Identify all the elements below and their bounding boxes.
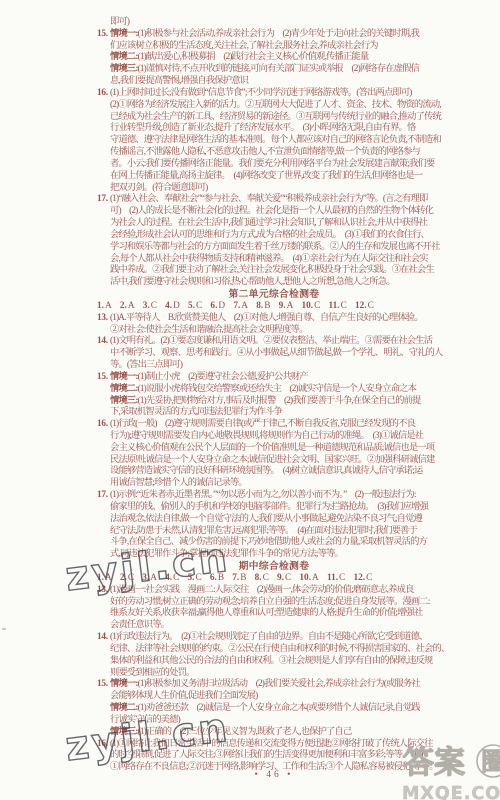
answer-circle-logo: 答案 圈 MXQE.COM: [402, 744, 500, 800]
answer-text-line: 情境二:(1)献出爱心,积极募捐 (2)践行社会主义核心价值观,传播正能量: [97, 52, 451, 64]
scenario-label: 情境二:: [110, 52, 138, 62]
answer-text-line: 会主义核心价值观在公民个人层面的一个价值准则,是一种道德规范和品质;诚信也是一项: [97, 443, 451, 455]
scenario-label: 情境三:: [110, 64, 138, 74]
answer-text-line: 偷家里的钱、偷别人的手机和学校的电脑零部件。犯罪行为:拦路抢劫。 (3)我们应增…: [97, 502, 451, 514]
choice-answer: 4.D: [165, 301, 180, 313]
item-number: 14.: [97, 632, 108, 644]
choice-answers-line: 1.A2.C3.A4.C5.C6.B7.B8.C9.C10.A11.C12.C: [97, 573, 451, 585]
choice-answers-line: 1.A2.A3.C4.D5.C6.D7.A8.B9.A10.C11.C12.C: [97, 301, 451, 313]
answer-text-line: 们应该树立积极的生活态度,关注社会,了解社会,服务社会,养成亲社会行为: [97, 41, 451, 53]
choice-answer: 8.B: [256, 301, 270, 313]
answer-text-line: 法治观念,依法自律,做一个自觉守法的人;我们要从小事做起,避免沾染不良习气;自觉…: [97, 514, 451, 526]
answer-text-line: 17.(1)“融入社会、奉献社会”“参与社会、奉献关爱”“积极养成亲社会行为”等…: [97, 194, 451, 206]
logo-circle-char: 圈: [481, 748, 500, 776]
answer-text-line: 行诚实守信的美德): [97, 715, 451, 727]
logo-brand-text: 答案: [403, 745, 465, 780]
choice-answer: 4.C: [165, 573, 179, 585]
choice-answer: 12.C: [353, 573, 372, 585]
choice-answer: 9.A: [279, 301, 294, 313]
choice-answer: 10.A: [299, 573, 318, 585]
item-number: 15.: [97, 29, 108, 41]
item-number: 16.: [97, 739, 108, 751]
answer-text-line: 的时空限制,促进了人际交往;③网络让我们的生活变得更加便利和丰富多彩;等等。 (…: [97, 750, 451, 762]
answer-text-line: 情境三:(1)谨慎对待,不点开收到的链接,可向有关部门证实或举报 (2)网络存在…: [97, 64, 451, 76]
answer-text-line: 14.(1)行政违法行为。 (2)①社会规则划定了自由的边界。自由不是随心所欲,…: [97, 632, 451, 644]
answer-text-line: 等。(答出三点即可): [97, 360, 451, 372]
answer-text-line: 13.(1)A.平等待人 B.欣赏赞美他人 (2)①对他人:增强自尊、自信,产生…: [97, 313, 451, 325]
answer-text-line: 情境二:(1)说服小虎将钱包交给警察或还给失主 (2)诚实守信是一个人安身立命之…: [97, 384, 451, 396]
item-number: 17.: [97, 194, 108, 206]
answer-text-line: 斗争,在保全自己、减少伤害的前提下,巧妙地借助他人或社会的力量,采取机智灵活的方: [97, 537, 451, 549]
answer-text-line: 纪律、法律等社会规则的约束。②公民在行使自由和权利的时候,不得损害国家的、社会的…: [97, 644, 451, 656]
answers-text-block: 即可)15.情境一:(1)积极参与社会活动,养成亲社会行为 (2)青少年处于走向…: [97, 17, 451, 774]
answer-text-line: 用诚信智慧;珍惜个人的诚信记录等。: [97, 478, 451, 490]
choice-answer: 9.C: [277, 573, 291, 585]
answer-text-line: 可) (2)人的成长是不断社会化的过程。社会化是指一个人从最初的自然的生物个体转…: [97, 206, 451, 218]
answer-text-line: 14.(1)文明有礼。(2)①要态度谦和,用语文明。②要仪表整洁、举止端庄。③需…: [97, 336, 451, 348]
choice-answer: 10.C: [301, 301, 320, 313]
scenario-label: 情境一:: [110, 29, 138, 39]
choice-answer: 12.C: [355, 301, 374, 313]
scenario-label: 情境三:: [110, 727, 138, 737]
item-number: 16.: [97, 419, 108, 431]
answer-text-line: 情境二:(1)劝爸爸还款 (2)诚信是一个人安身立命之本(或要珍惜个人诚信记录,…: [97, 703, 451, 715]
item-number: 13.: [97, 585, 108, 597]
answer-text-line: 学习和娱乐等都与社会的方方面面发生着千丝万缕的联系。②人的生存和发展也离不开社: [97, 242, 451, 254]
answer-text-line: 情境三:(1)正确的 (2)三位少年见义智为,既救了老人,也保护了自己: [97, 727, 451, 739]
answer-text-line: 会经验,形成社会认可的思维和行为方式,成为合格的社会成员。 (3)①我们的衣食住…: [97, 230, 451, 242]
choice-answer: 7.A: [233, 301, 248, 313]
answer-text-line: 为社会人的过程。在社会生活中,我们通过学习社会知识,了解和认识社会,并从中获得社: [97, 218, 451, 230]
item-number: 13.: [97, 313, 108, 325]
answer-text-line: 已经成为社会生产的新工具、经济贸易的新途径。③互联网与传统行业的融合,推动了传统: [97, 112, 451, 124]
choice-answer: 2.C: [120, 573, 134, 585]
choice-answer: 8.C: [255, 573, 269, 585]
choice-answer: 1.A: [97, 573, 112, 585]
answer-text-line: 传播谣言,不泄露他人隐私,不恶意攻击他人,不宣泄负面情绪等,做一个负责的网络参与: [97, 147, 451, 159]
choice-answer: 6.B: [210, 573, 224, 585]
page-number: • 46 •: [97, 770, 451, 780]
answer-text-line: 守道德、遵守法律是网络生活的基本准则。每个人都应该对自己的网络言论负责,不制造和: [97, 135, 451, 147]
answer-text-line: 践中养成。②我们要主动了解社会,关注社会发展变化,积极投身于社会实践。③在社会生: [97, 265, 451, 277]
answer-text-line: 好的劳动习惯;树立正确的劳动观念;培养自立自强的生活态度;促进自身发展等。漫画二…: [97, 597, 451, 609]
choice-answer: 2.A: [120, 301, 135, 313]
answer-text-line: 16.(1)行政(一般) (2)遵守规则需要自律(或严于律己,不断自我反省,克服…: [97, 419, 451, 431]
item-number: 15.: [97, 679, 108, 691]
answer-text-line: 者。小云:我们要传播网络正能量。我们要充分利用网络平台为社会发展建言献策;我们要: [97, 159, 451, 171]
answer-text-line: 15.情境一:(1)积极参与社会活动,养成亲社会行为 (2)青少年处于走向社会的…: [97, 29, 451, 41]
answer-text-line: 集体的利益和其他公民的合法的自由和权利。③社会规则是人们享有自由的保障,违反规: [97, 656, 451, 668]
answer-text-line: 情境三:(1)先妥协,把财物给对方,事后及时报警 (2)我们要善于斗争,在保全自…: [97, 396, 451, 408]
section-header: 期中综合检测卷: [97, 561, 451, 573]
answer-text-line: 行业转型升级,创造了新业态,提升了经济发展水平。 (3)小晖:网络无限,自由有界…: [97, 123, 451, 135]
item-number: 17.: [97, 490, 108, 502]
answer-text-line: 16.(1)①网络让我们日常生活中的信息传递和交流变得方便迅捷;②网络打破了传统…: [97, 739, 451, 751]
answer-text-line: 维系友好关系,收获幸福;赢得他人尊重和认可;塑造健康的人格;提升生命的价值;增强…: [97, 608, 451, 620]
choice-answer: 1.A: [97, 301, 112, 313]
item-number: 15.: [97, 372, 108, 384]
choice-answer: 3.A: [142, 573, 157, 585]
choice-answer: 11.C: [328, 301, 346, 313]
answer-text-line: (2)①网络为经济发展注入新的活力。②互联网大大促进了人才、资金、技术、物资的流…: [97, 100, 451, 112]
answer-text-line: 13.(1)漫画一:社会实践 漫画二:人际交往 (2)漫画一,体会劳动的价值;磨…: [97, 585, 451, 597]
answer-text-line: 行为);遵守规则需要发自内心地敬畏规则,将规则作为自己行动的准绳。 (3)①诚信…: [97, 431, 451, 443]
answer-text-line: 即可): [97, 17, 451, 29]
answer-text-line: 把双刃剑。(符合题意即可): [97, 183, 451, 195]
scenario-label: 情境二:: [110, 703, 138, 713]
scenario-label: 情境二:: [110, 384, 138, 394]
answer-text-line: 16.(1)上网时间过长;没有做到“信息节食”;不少同学沉迷于网络游戏等。(答出…: [97, 88, 451, 100]
answer-text-line: 息,我们要提高警惕,增强自我保护意识: [97, 76, 451, 88]
answer-text-line: 则要受到相应的处罚。: [97, 668, 451, 680]
section-header: 第二单元综合检测卷: [97, 289, 451, 301]
answer-text-line: 在网上传播正能量,高扬主旋律。 (4)网络改变了世界,改变了我们的生活,但网络也…: [97, 171, 451, 183]
choice-answer: 5.C: [188, 301, 202, 313]
scenario-label: 情境一:: [110, 679, 138, 689]
logo-site-text: MXQE.COM: [402, 784, 500, 800]
answer-text-line: 15.情境一:(1)积极参加义务清扫垃圾活动 (2)我们要关爱社会,养成亲社会行…: [97, 679, 451, 691]
answer-text-line: 会责任意识等。: [97, 620, 451, 632]
answer-text-line: 会,每个人都从社会中获得物质支持和精神滋养。 (4)①亲社会行为在人际交往和社会…: [97, 254, 451, 266]
choice-answer: 11.C: [327, 573, 345, 585]
answer-text-line: 民法原则;诚信是一个人安身立命之本;诚信促进社会文明、国家兴旺。②加强科研诚信建: [97, 455, 451, 467]
scenario-label: 情境一:: [110, 372, 138, 382]
item-number: 14.: [97, 336, 108, 348]
answer-text-line: 15.情境一:(1)制止小虎 (2)要遵守社会公德,爱护公共财产: [97, 372, 451, 384]
scan-speck: [2, 628, 6, 630]
scenario-label: 情境三:: [110, 396, 138, 406]
answer-text-line: 会能够体现人生价值,促进我们全面发展): [97, 691, 451, 703]
answer-text-line: 17.(1)示例:“近朱者赤,近墨者黑。”“勿以恶小而为之,勿以善小而不为。” …: [97, 490, 451, 502]
item-number: 16.: [97, 88, 108, 100]
answer-text-line: 设能够营造诚实守信的良好科研环境氛围等。 (4)树立诚信意识,真诚待人,信守承诺…: [97, 466, 451, 478]
answer-text-line: 式,同违法犯罪作斗争;掌握同违法犯罪作斗争的常见方法;等等。: [97, 549, 451, 561]
answer-text-line: ②对社会:使社会生活和谐融洽,提高社会文明程度等。: [97, 325, 451, 337]
choice-answer: 5.C: [188, 573, 202, 585]
answer-text-line: 活中,我们要遵守社会规则和习俗,热心帮助他人,想他人之所想,急他人之所急。: [97, 277, 451, 289]
choice-answer: 6.D: [210, 301, 225, 313]
answer-text-line: 中不断学习、观察、思考和践行。④从小事做起,从细节做起,做一个学礼、明礼、守礼的…: [97, 348, 451, 360]
choice-answer: 3.C: [143, 301, 157, 313]
answer-text-line: 纪守法,防患于未然,认清犯罪危害,远离犯罪;等等。 (4)在面对违法犯罪时,我们…: [97, 526, 451, 538]
scanned-answer-page: 即可)15.情境一:(1)积极参与社会活动,养成亲社会行为 (2)青少年处于走向…: [0, 0, 500, 800]
choice-answer: 7.B: [232, 573, 246, 585]
answer-text-line: 下,采取机智灵活的方式,同违法犯罪行为作斗争: [97, 407, 451, 419]
